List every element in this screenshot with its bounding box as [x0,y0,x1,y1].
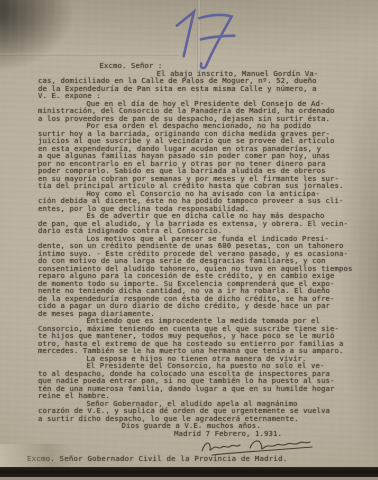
horizontal-fold-crease [0,53,180,56]
scanner-dark-band [0,467,378,477]
typed-letter-body: Excmo. Señor :El abajo inscrito, Manuel … [38,62,358,437]
scanned-letter-page: { "colors": { "paper": "#b6ad9c", "paper… [0,0,378,480]
paper-sheet: Excmo. Señor :El abajo inscrito, Manuel … [0,0,378,480]
